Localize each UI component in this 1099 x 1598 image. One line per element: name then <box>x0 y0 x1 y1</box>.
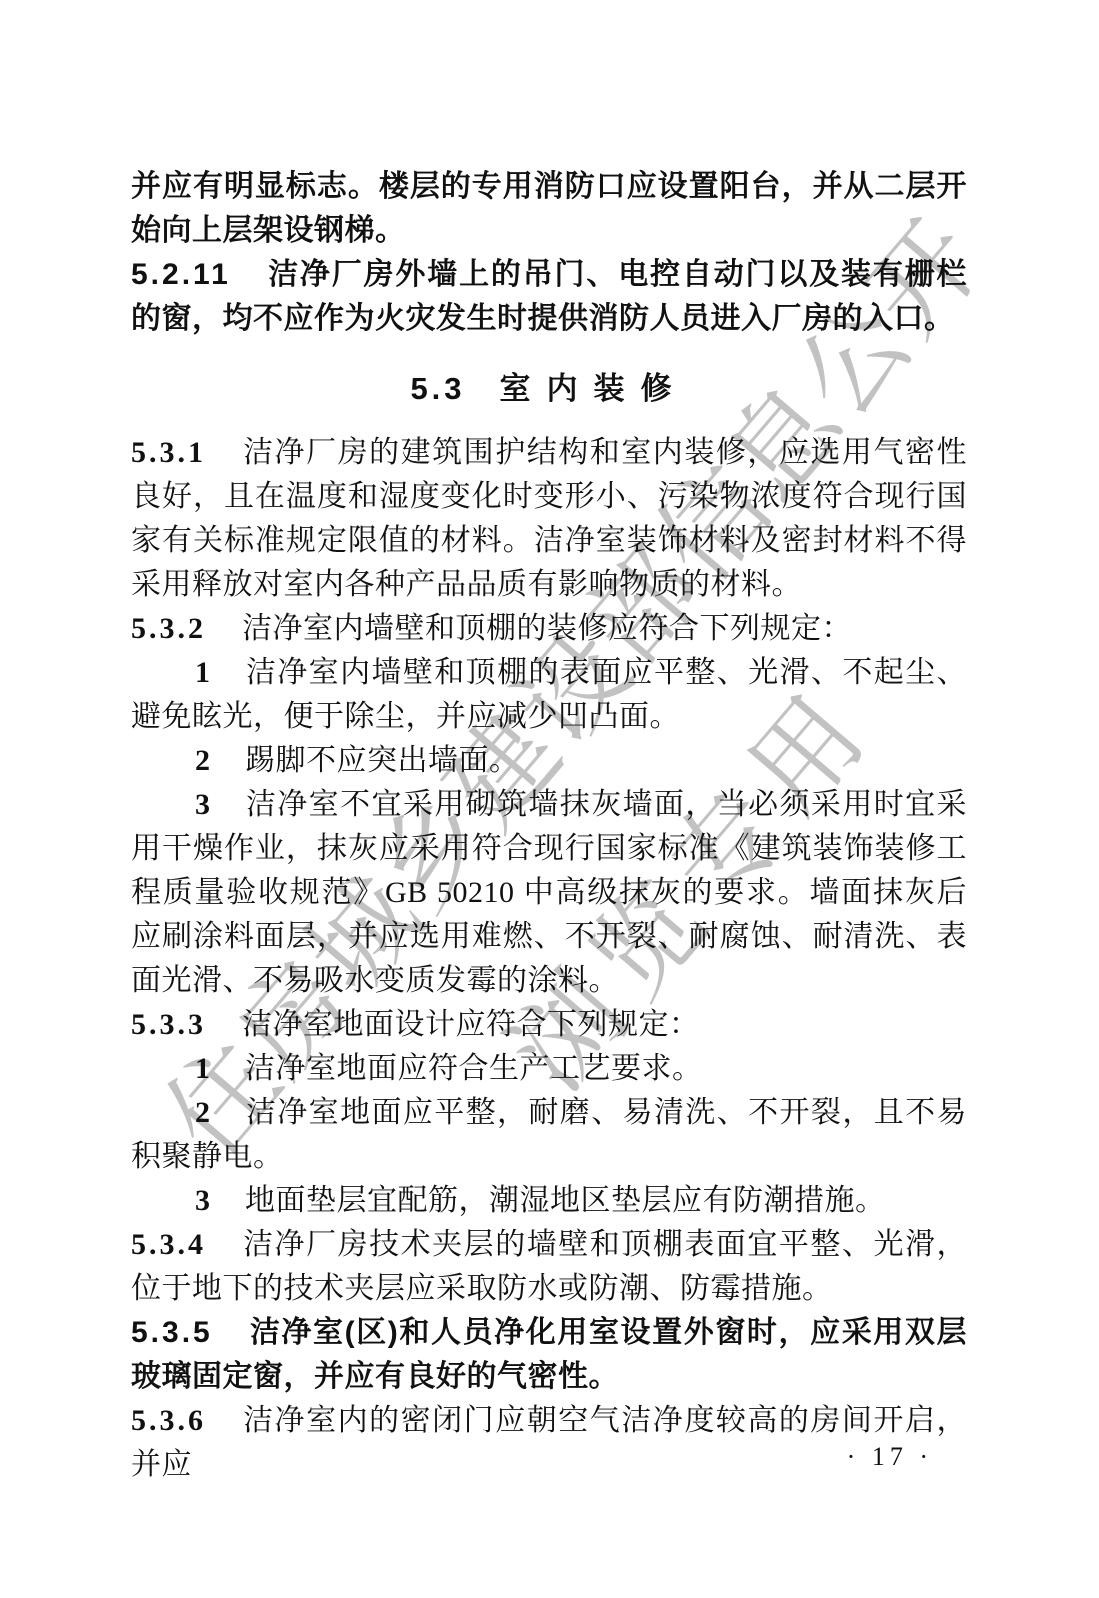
clause-text: 洁净厂房技术夹层的墙壁和顶棚表面宜平整、光滑，位于地下的技术夹层应采取防水或防潮… <box>131 1228 967 1305</box>
item-text: 踢脚不应突出墙面。 <box>245 744 520 777</box>
clause-5-3-5: 5.3.5洁净室(区)和人员净化用室设置外窗时，应采用双层玻璃固定窗，并应有良好… <box>131 1311 967 1399</box>
page-number: · 17 · <box>847 1442 933 1472</box>
clause-5-3-2: 5.3.2洁净室内墙壁和顶棚的装修应符合下列规定： <box>131 607 967 651</box>
item-number: 3 <box>195 788 213 821</box>
section-title: 室内装修 <box>500 371 688 406</box>
item-number: 2 <box>195 1096 213 1129</box>
item-3-of-5-3-2: 3洁净室不宜采用砌筑墙抹灰墙面，当必须采用时宜采用干燥作业，抹灰应采用符合现行国… <box>131 783 967 1003</box>
item-text: 地面垫层宜配筋，潮湿地区垫层应有防潮措施。 <box>245 1184 886 1217</box>
clause-number: 5.2.11 <box>131 258 231 291</box>
item-number: 2 <box>195 744 213 777</box>
section-heading-5-3: 5.3室内装修 <box>131 367 967 411</box>
clause-5-2-11: 5.2.11洁净厂房外墙上的吊门、电控自动门以及装有栅栏的窗，均不应作为火灾发生… <box>131 253 967 341</box>
item-number: 1 <box>195 1052 213 1085</box>
item-text: 洁净室地面应平整，耐磨、易清洗、不开裂，且不易积聚静电。 <box>131 1096 967 1173</box>
document-page: 住房城乡建设部信息公开 浏览专用 并应有明显标志。楼层的专用消防口应设置阳台，并… <box>0 0 1099 1598</box>
item-2-of-5-3-2: 2踢脚不应突出墙面。 <box>131 739 967 783</box>
clause-5-3-6: 5.3.6洁净室内的密闭门应朝空气洁净度较高的房间开启，并应 <box>131 1399 967 1487</box>
clause-text: 洁净厂房的建筑围护结构和室内装修，应选用气密性良好，且在温度和湿度变化时变形小、… <box>131 436 967 601</box>
paragraph-continuation: 并应有明显标志。楼层的专用消防口应设置阳台，并从二层开始向上层架设钢梯。 <box>131 165 967 253</box>
item-2-of-5-3-3: 2洁净室地面应平整，耐磨、易清洗、不开裂，且不易积聚静电。 <box>131 1091 967 1179</box>
clause-number: 5.3.6 <box>131 1404 206 1437</box>
item-1-of-5-3-2: 1洁净室内墙壁和顶棚的表面应平整、光滑、不起尘、避免眩光，便于除尘，并应减少凹凸… <box>131 651 967 739</box>
page-content: 并应有明显标志。楼层的专用消防口应设置阳台，并从二层开始向上层架设钢梯。 5.2… <box>131 165 967 1487</box>
clause-number: 5.3.1 <box>131 436 206 469</box>
clause-text: 洁净室内墙壁和顶棚的装修应符合下列规定： <box>242 612 852 645</box>
item-number: 1 <box>195 656 213 689</box>
clause-number: 5.3.3 <box>131 1008 206 1041</box>
clause-text: 洁净室(区)和人员净化用室设置外窗时，应采用双层玻璃固定窗，并应有良好的气密性。 <box>131 1316 967 1393</box>
clause-text: 洁净室地面设计应符合下列规定： <box>242 1008 700 1041</box>
section-number: 5.3 <box>410 371 465 406</box>
clause-text: 洁净室内的密闭门应朝空气洁净度较高的房间开启，并应 <box>131 1404 967 1481</box>
clause-5-3-4: 5.3.4洁净厂房技术夹层的墙壁和顶棚表面宜平整、光滑，位于地下的技术夹层应采取… <box>131 1223 967 1311</box>
clause-5-3-1: 5.3.1洁净厂房的建筑围护结构和室内装修，应选用气密性良好，且在温度和湿度变化… <box>131 431 967 607</box>
item-3-of-5-3-3: 3地面垫层宜配筋，潮湿地区垫层应有防潮措施。 <box>131 1179 967 1223</box>
paragraph-text: 并应有明显标志。楼层的专用消防口应设置阳台，并从二层开始向上层架设钢梯。 <box>131 170 967 247</box>
clause-5-3-3: 5.3.3洁净室地面设计应符合下列规定： <box>131 1003 967 1047</box>
clause-number: 5.3.4 <box>131 1228 206 1261</box>
clause-number: 5.3.2 <box>131 612 206 645</box>
clause-text: 洁净厂房外墙上的吊门、电控自动门以及装有栅栏的窗，均不应作为火灾发生时提供消防人… <box>131 258 967 335</box>
item-text: 洁净室不宜采用砌筑墙抹灰墙面，当必须采用时宜采用干燥作业，抹灰应采用符合现行国家… <box>131 788 967 997</box>
clause-number: 5.3.5 <box>131 1316 213 1349</box>
item-text: 洁净室内墙壁和顶棚的表面应平整、光滑、不起尘、避免眩光，便于除尘，并应减少凹凸面… <box>131 656 967 733</box>
item-1-of-5-3-3: 1洁净室地面应符合生产工艺要求。 <box>131 1047 967 1091</box>
item-number: 3 <box>195 1184 213 1217</box>
item-text: 洁净室地面应符合生产工艺要求。 <box>245 1052 703 1085</box>
